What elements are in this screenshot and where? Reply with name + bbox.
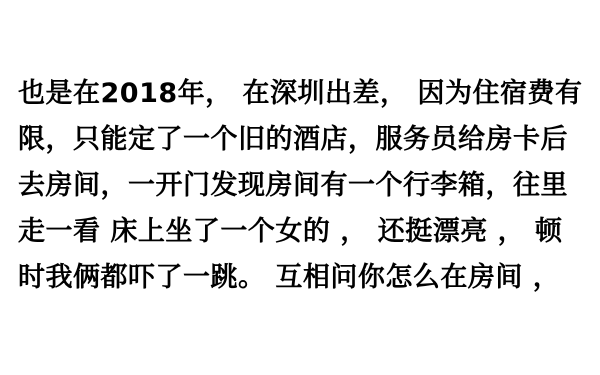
- story-line-2: 限，只能定了一个旧的酒店，服务员给房卡后: [18, 117, 584, 163]
- story-line-5: 时我俩都吓了一跳。 互相问你怎么在房间 ，: [18, 255, 584, 301]
- story-text-block: 也是在2018年， 在深圳出差， 因为住宿费有 限，只能定了一个旧的酒店，服务员…: [0, 0, 600, 301]
- story-line-4: 走一看 床上坐了一个女的 ， 还挺漂亮 ， 顿: [18, 209, 584, 255]
- story-line-3: 去房间，一开门发现房间有一个行李箱，往里: [18, 163, 584, 209]
- story-line-1: 也是在2018年， 在深圳出差， 因为住宿费有: [18, 71, 584, 117]
